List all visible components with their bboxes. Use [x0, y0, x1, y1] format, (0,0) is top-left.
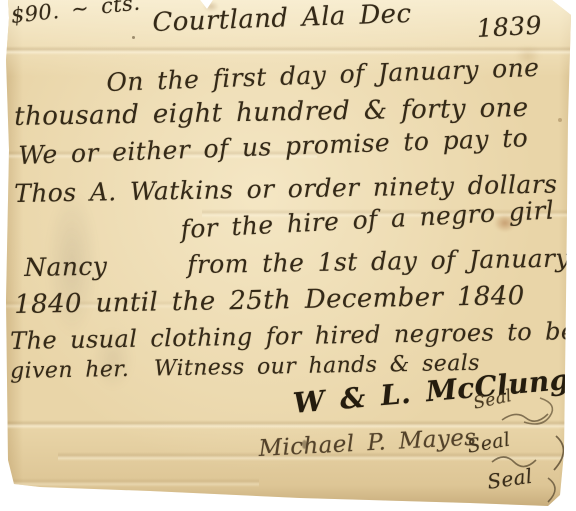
place-date-label: Courtland Ala Dec: [152, 1, 412, 36]
signature-1-seal: Seal: [472, 388, 514, 413]
ink-dot: [132, 36, 135, 39]
body-line-8: The usual clothing for hired negroes to …: [10, 319, 576, 353]
body-line-7: 1840 until the 25th December 1840: [14, 283, 525, 318]
year-label: 1839: [476, 13, 542, 41]
body-line-6: Nancy from the 1st day of January: [24, 245, 570, 280]
body-line-2: thousand eight hundred & forty one: [14, 95, 529, 130]
fold-crease: [0, 478, 259, 487]
signature-2-seal: Seal: [466, 430, 512, 456]
body-line-3: We or either of us promise to pay to: [18, 125, 528, 168]
signature-2-name: Michael P. Mayes: [258, 427, 477, 461]
ink-dot: [558, 118, 562, 122]
scanned-document: $90. ~ cts. Courtland Ala Dec 1839 On th…: [0, 0, 576, 511]
paper-sheet: $90. ~ cts. Courtland Ala Dec 1839 On th…: [0, 0, 576, 511]
amount-label: $90. ~ cts.: [10, 0, 141, 27]
body-line-1: On the first day of January one: [106, 55, 540, 95]
signature-3-seal: Seal: [486, 466, 534, 492]
fold-crease: [0, 420, 576, 429]
